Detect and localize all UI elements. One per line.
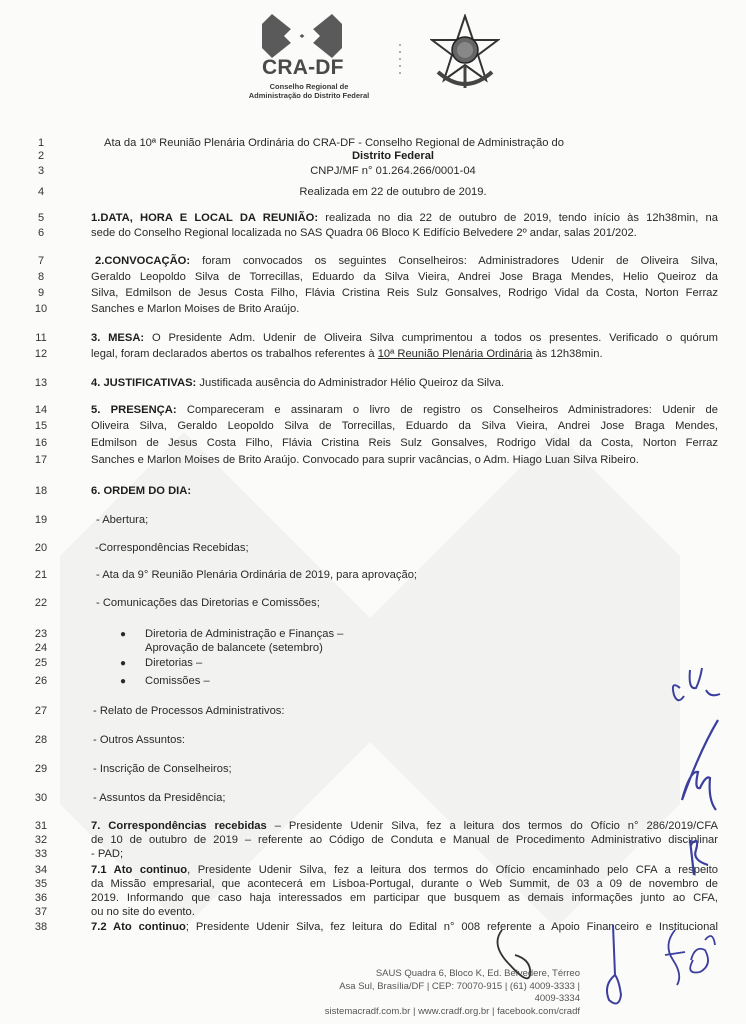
bullet-icon: ● xyxy=(120,675,126,688)
org-full-name: Conselho Regional de Administração do Di… xyxy=(234,82,384,100)
meeting-date: Realizada em 22 de outubro de 2019. xyxy=(80,186,706,199)
brazil-coat-of-arms-icon xyxy=(430,14,500,94)
bullet-icon: ● xyxy=(120,657,126,670)
signature-icon xyxy=(490,925,550,995)
margin-initials-icon xyxy=(660,660,740,880)
org-short-name: CRA-DF xyxy=(262,56,372,80)
letterhead: CRA-DF Conselho Regional de Administraçã… xyxy=(0,0,746,110)
cnpj: CNPJ/MF n° 01.264.266/0001-04 xyxy=(80,165,706,178)
signature-icon xyxy=(655,920,735,995)
document-page: CRA-DF Conselho Regional de Administraçã… xyxy=(0,0,746,1024)
document-title: Ata da 10ª Reunião Plenária Ordinária do… xyxy=(104,137,718,150)
document-title-line2: Distrito Federal xyxy=(80,150,706,163)
divider-dots xyxy=(398,44,402,80)
cra-df-logo-icon xyxy=(262,14,342,58)
signature-icon xyxy=(595,925,635,1010)
bullet-icon: ● xyxy=(120,628,126,641)
